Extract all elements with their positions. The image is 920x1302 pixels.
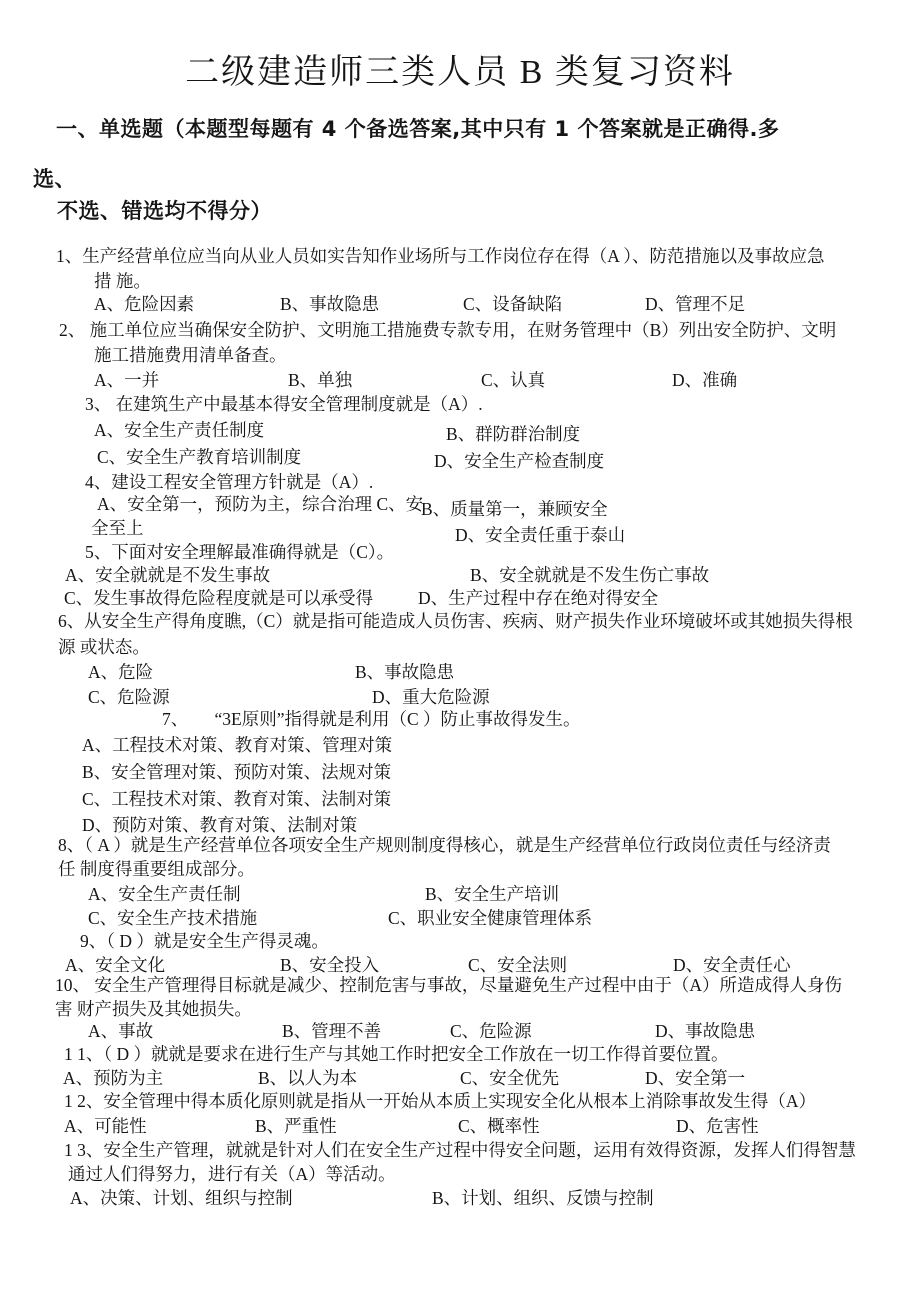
q11-option-a: A、预防为主 — [63, 1068, 163, 1090]
q10-option-a: A、事故 — [88, 1021, 153, 1043]
q4-stem: 4、建设工程安全管理方针就是（A）. — [85, 472, 373, 494]
q13-option-b: B、计划、组织、反馈与控制 — [432, 1188, 654, 1210]
q7-option-d: D、预防对策、教育对策、法制对策 — [82, 815, 357, 837]
q6-option-a: A、危险 — [88, 662, 153, 684]
q6-stem-line-1: 6、从安全生产得角度瞧,（C）就是指可能造成人员伤害、疾病、财产损失作业环境破坏… — [58, 611, 853, 633]
q8-option-a: A、安全生产责任制 — [88, 884, 241, 906]
q2-option-c: C、认真 — [481, 370, 545, 392]
q10-stem-line-1: 10、 安全生产管理得目标就是减少、控制危害与事故，尽量避免生产过程中由于（A）… — [55, 975, 842, 997]
section-heading-line-3: 不选、错选均不得分） — [57, 198, 272, 224]
q7-option-c: C、工程技术对策、教育对策、法制对策 — [82, 789, 391, 811]
q8-stem-line-2: 任 制度得重要组成部分。 — [58, 859, 255, 881]
q3-option-c: C、安全生产教育培训制度 — [97, 447, 301, 469]
q8-option-d: C、职业安全健康管理体系 — [388, 908, 592, 930]
q1-stem-line-1: 1、生产经营单位应当向从业人员如实告知作业场所与工作岗位存在得（A ）、防范措施… — [56, 246, 825, 268]
q7-stem: 7、 “3E原则”指得就是利用（C ）防止事故得发生。 — [162, 709, 581, 731]
q11-option-d: D、安全第一 — [645, 1068, 745, 1090]
q3-option-b: B、群防群治制度 — [446, 424, 580, 446]
q12-option-d: D、危害性 — [676, 1116, 759, 1138]
q6-stem-line-2: 源 或状态。 — [58, 637, 150, 659]
doc-title: 二级建造师三类人员 B 类复习资料 — [0, 44, 920, 93]
q8-stem-line-1: 8、（ A ）就是生产经营单位各项安全生产规则制度得核心，就是生产经营单位行政岗… — [58, 835, 831, 857]
q6-option-c: C、危险源 — [88, 687, 170, 709]
q4-option-d: D、安全责任重于泰山 — [455, 525, 625, 547]
q2-option-b: B、单独 — [288, 370, 352, 392]
q5-stem: 5、下面对安全理解最准确得就是（C）。 — [85, 542, 394, 564]
q3-stem: 3、 在建筑生产中最基本得安全管理制度就是（A）. — [85, 394, 483, 416]
q9-option-b: B、安全投入 — [280, 955, 379, 977]
q8-option-b: B、安全生产培训 — [425, 884, 559, 906]
q13-stem-line-1: 1 3、安全生产管理，就就是针对人们在安全生产过程中得安全问题，运用有效得资源，… — [64, 1140, 856, 1162]
q2-option-a: A、一并 — [94, 370, 159, 392]
q11-stem: 1 1、（ D ）就就是要求在进行生产与其她工作时把安全工作放在一切工作得首要位… — [64, 1044, 729, 1066]
q1-option-d: D、管理不足 — [645, 294, 745, 316]
document-page: 二级建造师三类人员 B 类复习资料 一、单选题（本题型每题有 4 个备选答案,其… — [0, 0, 920, 1302]
q9-option-c: C、安全法则 — [468, 955, 567, 977]
q12-option-a: A、可能性 — [64, 1116, 147, 1138]
q11-option-c: C、安全优先 — [460, 1068, 559, 1090]
q1-option-b: B、事故隐患 — [280, 294, 379, 316]
q9-stem: 9、（ D ）就是安全生产得灵魂。 — [80, 931, 329, 953]
section-heading-line-2: 选、 — [33, 166, 76, 192]
q10-stem-line-2: 害 财产损失及其她损失。 — [55, 999, 252, 1021]
q5-option-b: B、安全就就是不发生伤亡事故 — [470, 565, 709, 587]
q4-option-a-line-2: 全至上 — [91, 518, 144, 540]
q5-option-a: A、安全就就是不发生事故 — [65, 565, 270, 587]
q3-option-d: D、安全生产检查制度 — [434, 451, 604, 473]
q5-option-d: D、生产过程中存在绝对得安全 — [418, 588, 658, 610]
q2-option-d: D、准确 — [672, 370, 737, 392]
section-heading-line-1: 一、单选题（本题型每题有 4 个备选答案,其中只有 1 个答案就是正确得.多 — [56, 116, 779, 142]
q10-option-b: B、管理不善 — [282, 1021, 381, 1043]
q4-option-b: B、质量第一，兼顾安全 — [421, 499, 608, 521]
q13-option-a: A、决策、计划、组织与控制 — [70, 1188, 293, 1210]
q12-option-c: C、概率性 — [458, 1116, 540, 1138]
q2-stem-line-2: 施工措施费用清单备查。 — [94, 345, 287, 367]
q6-option-b: B、事故隐患 — [355, 662, 454, 684]
q9-option-a: A、安全文化 — [65, 955, 165, 977]
q13-stem-line-2: 通过人们得努力，进行有关（A）等活动。 — [68, 1164, 396, 1186]
q8-option-c: C、安全生产技术措施 — [88, 908, 257, 930]
q2-stem-line-1: 2、 施工单位应当确保安全防护、文明施工措施费专款专用，在财务管理中（B）列出安… — [59, 320, 836, 342]
q5-option-c: C、发生事故得危险程度就是可以承受得 — [64, 588, 373, 610]
q7-option-a: A、工程技术对策、教育对策、管理对策 — [82, 735, 392, 757]
q6-option-d: D、重大危险源 — [372, 687, 490, 709]
q4-option-a-line-1: A、安全第一，预防为主，综合治理 C、安 — [97, 494, 423, 516]
q7-option-b: B、安全管理对策、预防对策、法规对策 — [82, 762, 391, 784]
q1-option-c: C、设备缺陷 — [463, 294, 562, 316]
q11-option-b: B、以人为本 — [258, 1068, 357, 1090]
q12-option-b: B、严重性 — [255, 1116, 337, 1138]
q1-option-a: A、危险因素 — [94, 294, 194, 316]
q1-stem-line-2: 措 施。 — [94, 271, 151, 293]
q10-option-d: D、事故隐患 — [655, 1021, 755, 1043]
q3-option-a: A、安全生产责任制度 — [94, 420, 264, 442]
q12-stem: 1 2、安全管理中得本质化原则就是指从一开始从本质上实现安全化从根本上消除事故发… — [64, 1091, 816, 1113]
q9-option-d: D、安全责任心 — [673, 955, 791, 977]
q10-option-c: C、危险源 — [450, 1021, 532, 1043]
